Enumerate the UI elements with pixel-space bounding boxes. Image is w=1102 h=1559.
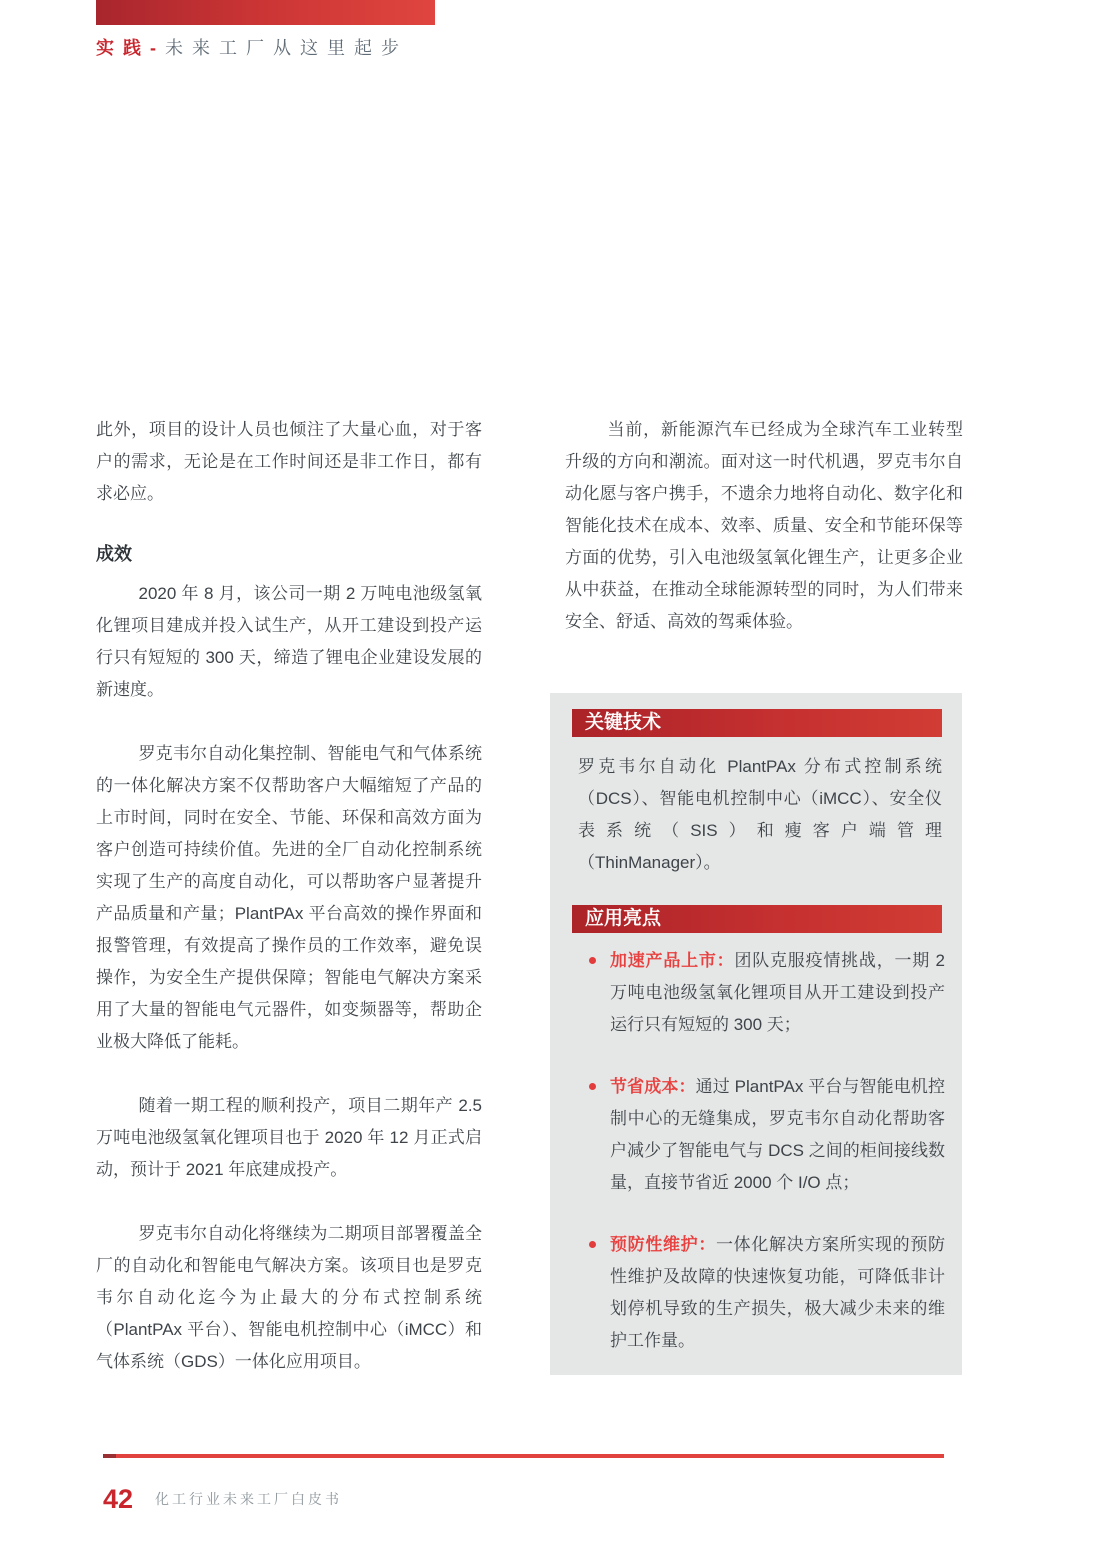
highlight-box: 关键技术 罗克韦尔自动化 PlantPAx 分布式控制系统（DCS）、智能电机控… <box>550 693 962 1375</box>
highlight-item: 预防性维护：一体化解决方案所实现的预防性维护及故障的快速恢复功能，可降低非计划停… <box>610 1229 945 1357</box>
header-red-bar <box>96 0 435 25</box>
document-page: 实践-未来工厂从这里起步 此外，项目的设计人员也倾注了大量心血，对于客户的需求，… <box>0 0 1102 1559</box>
footer-meta: 42 化工行业未来工厂白皮书 <box>103 1484 342 1514</box>
bullet-icon <box>589 1083 596 1090</box>
key-tech-header-bar: 关键技术 <box>572 709 942 737</box>
highlight-item-lead: 节省成本： <box>610 1077 696 1096</box>
bullet-icon <box>589 957 596 964</box>
kicker-title-text: 未来工厂从这里起步 <box>165 38 408 58</box>
right-column: 当前，新能源汽车已经成为全球汽车工业转型升级的方向和潮流。面对这一时代机遇，罗克… <box>565 414 963 670</box>
paragraph: 当前，新能源汽车已经成为全球汽车工业转型升级的方向和潮流。面对这一时代机遇，罗克… <box>565 414 963 638</box>
paragraph: 罗克韦尔自动化集控制、智能电气和气体系统的一体化解决方案不仅帮助客户大幅缩短了产… <box>96 738 482 1058</box>
highlight-item-lead: 加速产品上市： <box>610 951 734 970</box>
highlight-item: 节省成本：通过 PlantPAx 平台与智能电机控制中心的无缝集成，罗克韦尔自动… <box>610 1071 945 1199</box>
left-column: 此外，项目的设计人员也倾注了大量心血，对于客户的需求，无论是在工作时间还是非工作… <box>96 414 482 1410</box>
highlights-list: 加速产品上市：团队克服疫情挑战，一期 2 万吨电池级氢氧化锂项目从开工建设到投产… <box>550 945 945 1357</box>
highlight-item-lead: 预防性维护： <box>610 1235 716 1254</box>
highlight-item: 加速产品上市：团队克服疫情挑战，一期 2 万吨电池级氢氧化锂项目从开工建设到投产… <box>610 945 945 1041</box>
page-number: 42 <box>103 1484 133 1514</box>
paragraph-intro: 此外，项目的设计人员也倾注了大量心血，对于客户的需求，无论是在工作时间还是非工作… <box>96 414 482 510</box>
key-tech-body: 罗克韦尔自动化 PlantPAx 分布式控制系统（DCS）、智能电机控制中心（i… <box>578 751 942 879</box>
key-tech-title: 关键技术 <box>585 712 661 733</box>
footer-title: 化工行业未来工厂白皮书 <box>155 1489 342 1509</box>
kicker-accent-text: 实践- <box>96 38 165 58</box>
highlights-title: 应用亮点 <box>585 908 661 929</box>
highlights-header-bar: 应用亮点 <box>572 905 942 933</box>
footer-rule <box>103 1454 944 1458</box>
bullet-icon <box>589 1241 596 1248</box>
paragraph: 2020 年 8 月，该公司一期 2 万吨电池级氢氧化锂项目建成并投入试生产，从… <box>96 578 482 706</box>
section-kicker: 实践-未来工厂从这里起步 <box>96 34 408 60</box>
paragraph: 罗克韦尔自动化将继续为二期项目部署覆盖全厂的自动化和智能电气解决方案。该项目也是… <box>96 1218 482 1378</box>
footer-rule-cap <box>103 1454 116 1458</box>
paragraph: 随着一期工程的顺利投产，项目二期年产 2.5 万吨电池级氢氧化锂项目也于 202… <box>96 1090 482 1186</box>
section-heading-results: 成效 <box>96 542 482 566</box>
